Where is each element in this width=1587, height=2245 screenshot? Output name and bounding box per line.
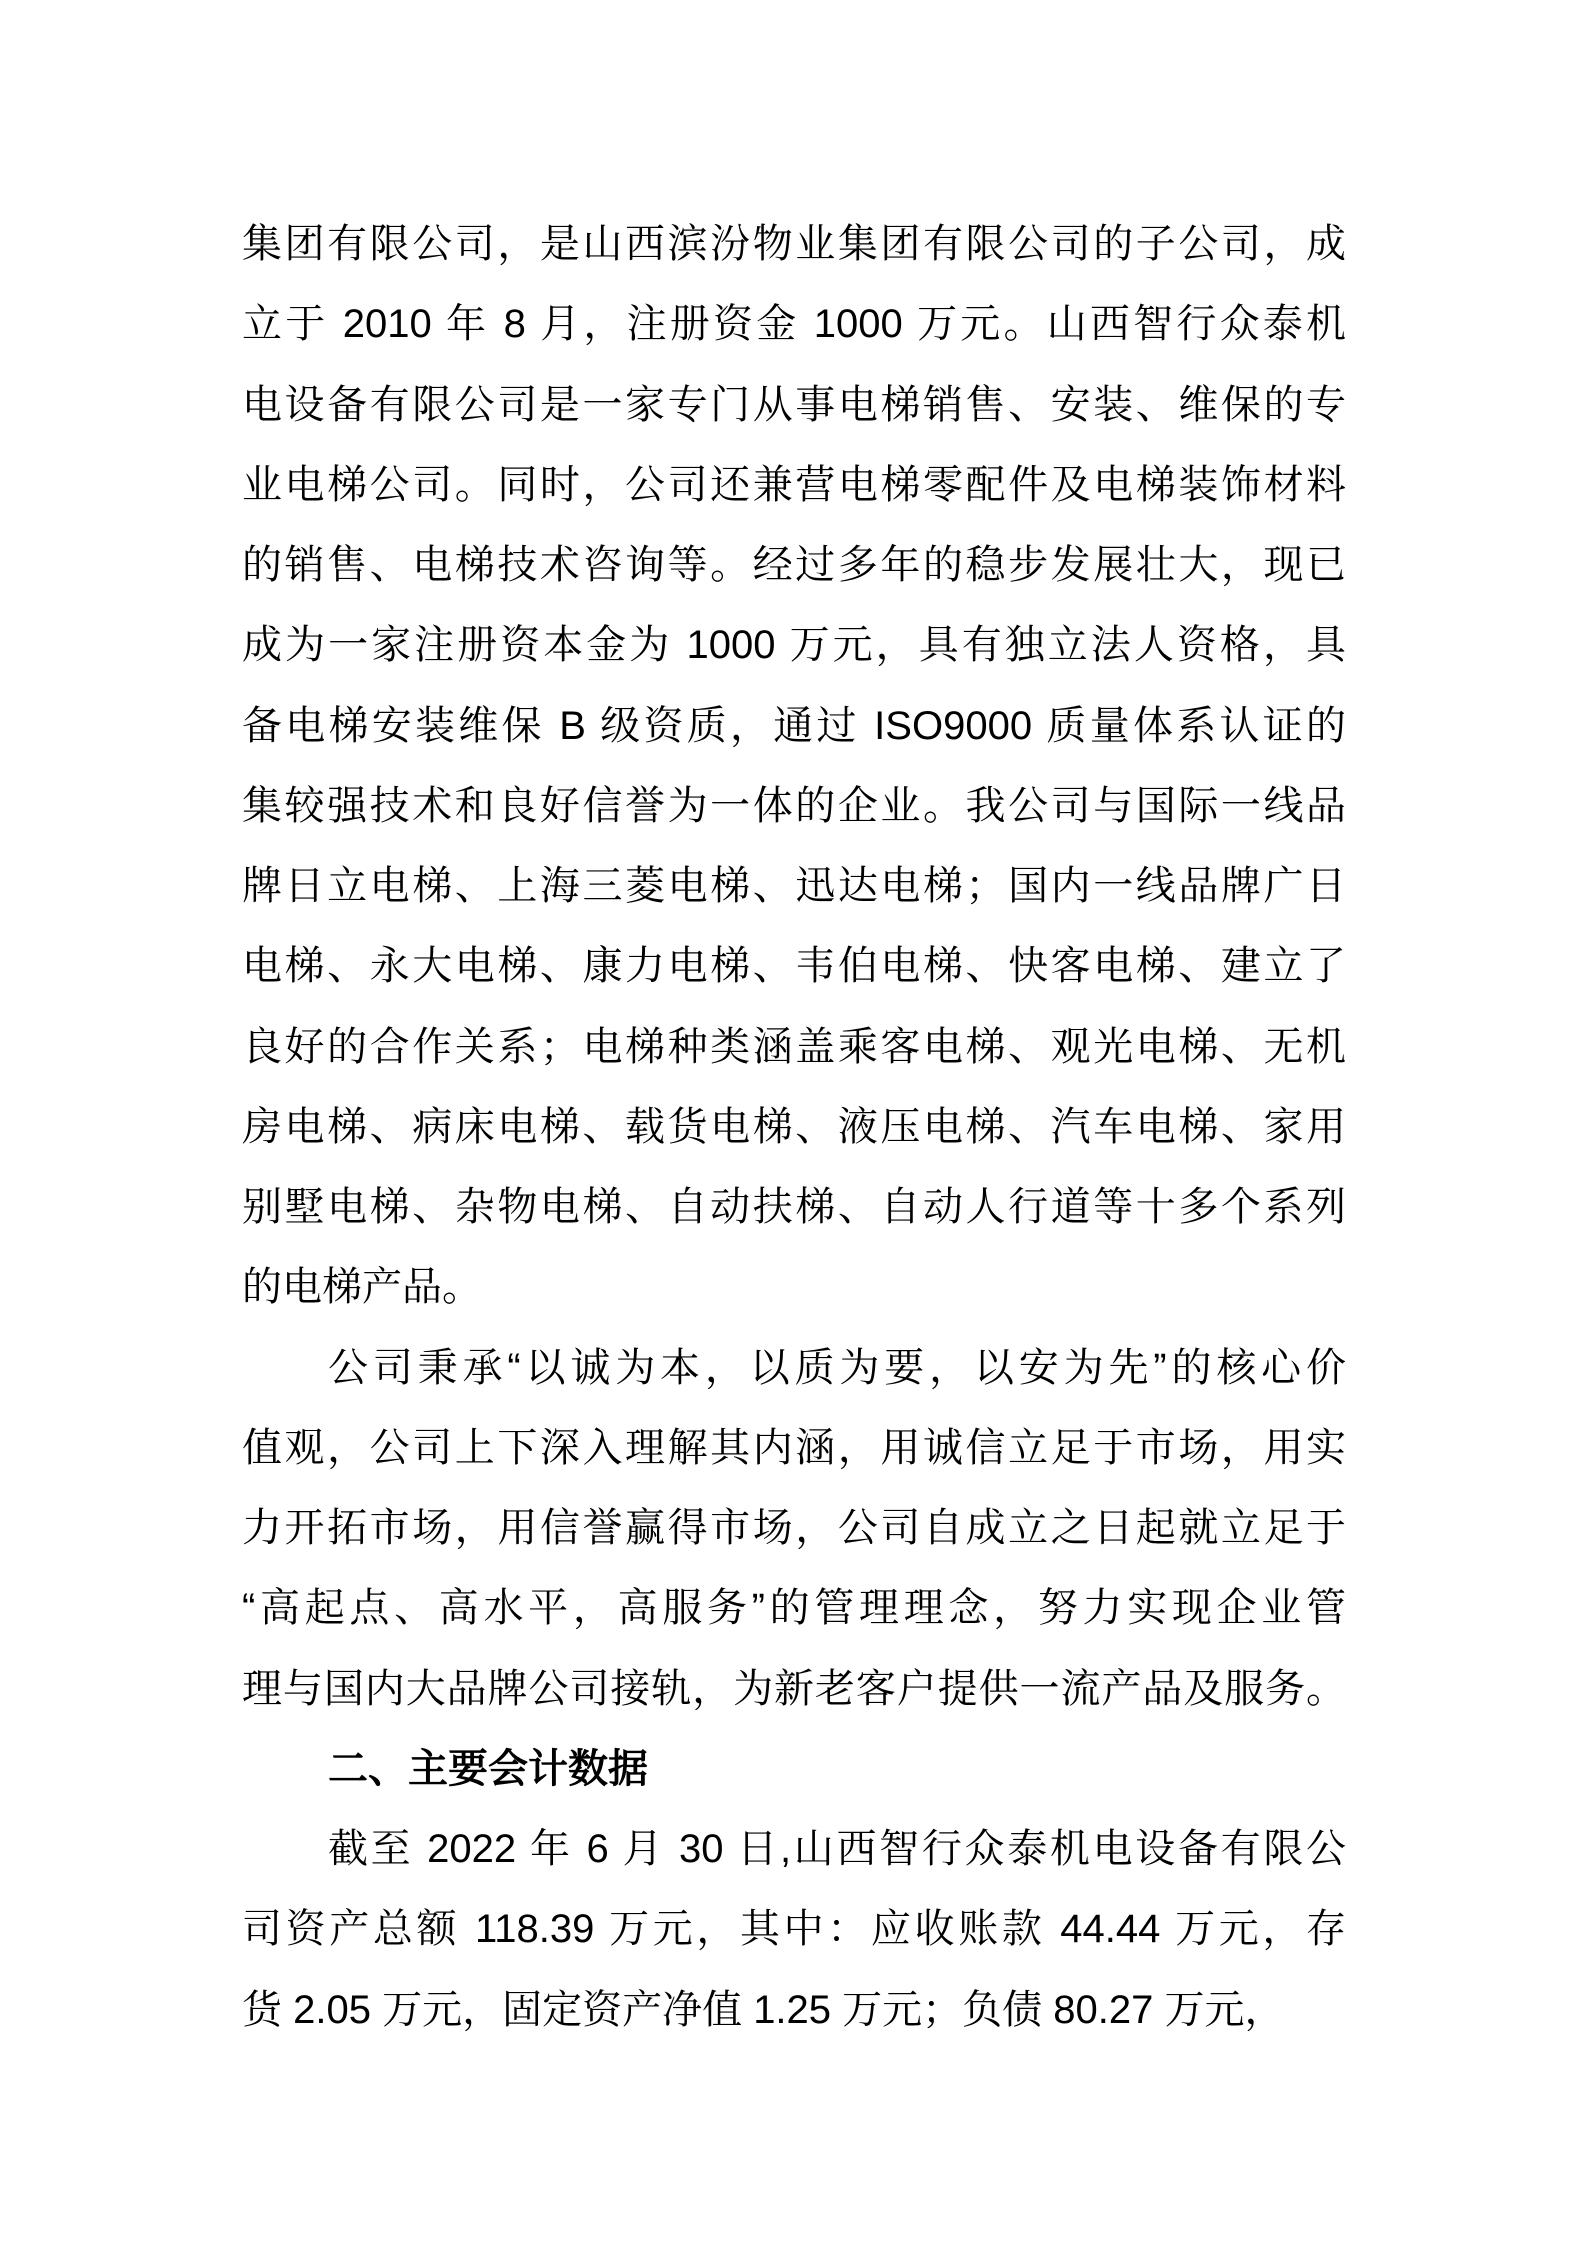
paragraph-core-values: 公司秉承“以诚为本，以质为要，以安为先”的核心价 值观，公司上下深入理解其内涵，…	[242, 1328, 1346, 1729]
paragraph-company-intro: 集团有限公司，是山西滨汾物业集团有限公司的子公司，成 立于 2010 年 8 月…	[242, 204, 1346, 1328]
text-line: 成为一家注册资本金为 1000 万元，具有独立法人资格，具	[242, 605, 1346, 685]
document-page: 集团有限公司，是山西滨汾物业集团有限公司的子公司，成 立于 2010 年 8 月…	[0, 0, 1587, 2245]
text-line: 理与国内大品牌公司接轨，为新老客户提供一流产品及服务。	[242, 1649, 1346, 1729]
text-line: 截至 2022 年 6 月 30 日,山西智行众泰机电设备有限公	[242, 1809, 1346, 1889]
text-line: 公司秉承“以诚为本，以质为要，以安为先”的核心价	[242, 1328, 1346, 1408]
document-body: 集团有限公司，是山西滨汾物业集团有限公司的子公司，成 立于 2010 年 8 月…	[242, 204, 1346, 2050]
text-line: 集较强技术和良好信誉为一体的企业。我公司与国际一线品	[242, 766, 1346, 846]
text-line: 业电梯公司。同时，公司还兼营电梯零配件及电梯装饰材料	[242, 445, 1346, 525]
text-line: 良好的合作关系；电梯种类涵盖乘客电梯、观光电梯、无机	[242, 1007, 1346, 1087]
paragraph-financial-figures: 截至 2022 年 6 月 30 日,山西智行众泰机电设备有限公 司资产总额 1…	[242, 1809, 1346, 2050]
text-line: 别墅电梯、杂物电梯、自动扶梯、自动人行道等十多个系列	[242, 1167, 1346, 1247]
text-line: 电设备有限公司是一家专门从事电梯销售、安装、维保的专	[242, 365, 1346, 445]
text-line: 电梯、永大电梯、康力电梯、韦伯电梯、快客电梯、建立了	[242, 926, 1346, 1006]
text-line: 房电梯、病床电梯、载货电梯、液压电梯、汽车电梯、家用	[242, 1087, 1346, 1167]
text-line: “高起点、高水平，高服务”的管理理念，努力实现企业管	[242, 1568, 1346, 1648]
text-line: 立于 2010 年 8 月，注册资金 1000 万元。山西智行众泰机	[242, 284, 1346, 364]
text-line: 的电梯产品。	[242, 1247, 1346, 1327]
section-heading-accounting-data: 二、主要会计数据	[242, 1729, 1346, 1809]
text-line: 牌日立电梯、上海三菱电梯、迅达电梯；国内一线品牌广日	[242, 846, 1346, 926]
text-line: 力开拓市场，用信誉赢得市场，公司自成立之日起就立足于	[242, 1488, 1346, 1568]
text-line: 集团有限公司，是山西滨汾物业集团有限公司的子公司，成	[242, 204, 1346, 284]
text-line: 货 2.05 万元，固定资产净值 1.25 万元；负债 80.27 万元，	[242, 1970, 1346, 2050]
text-line: 的销售、电梯技术咨询等。经过多年的稳步发展壮大，现已	[242, 525, 1346, 605]
text-line: 司资产总额 118.39 万元，其中：应收账款 44.44 万元，存	[242, 1889, 1346, 1969]
text-line: 备电梯安装维保 B 级资质，通过 ISO9000 质量体系认证的	[242, 686, 1346, 766]
text-line: 值观，公司上下深入理解其内涵，用诚信立足于市场，用实	[242, 1408, 1346, 1488]
section-heading: 二、主要会计数据	[242, 1729, 1346, 1809]
